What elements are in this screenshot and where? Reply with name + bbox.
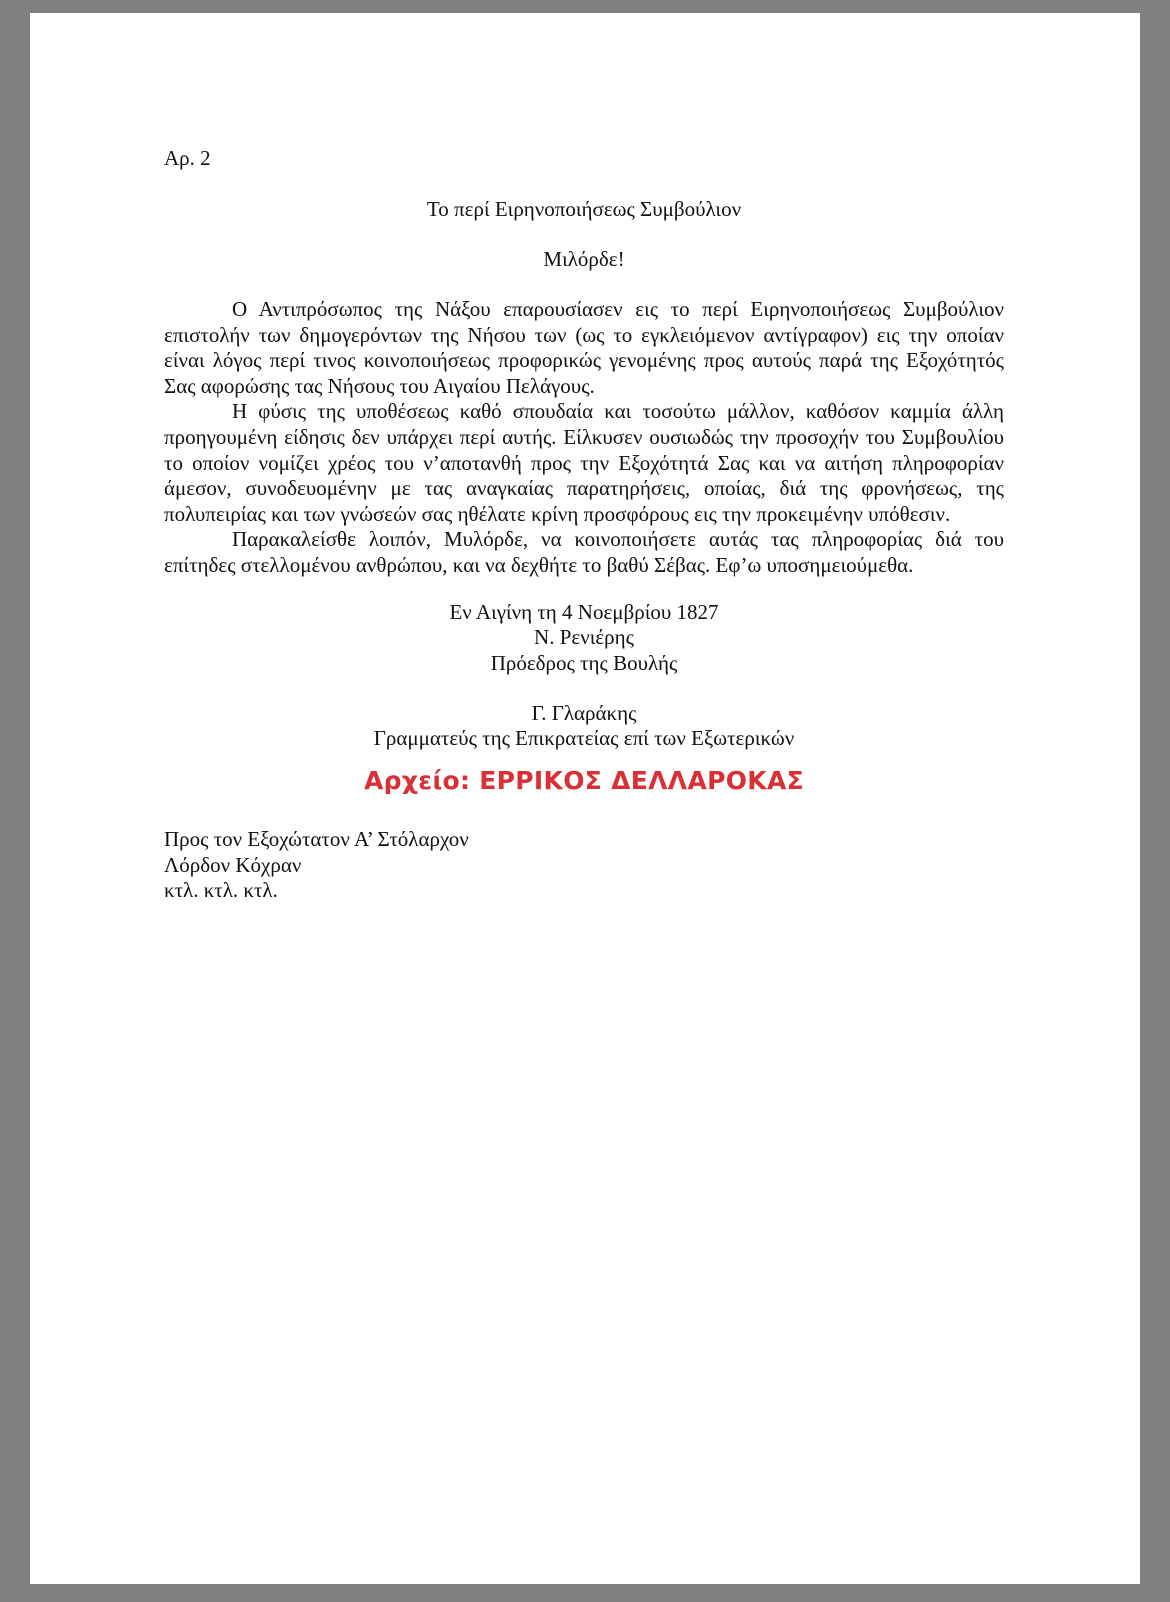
signatory-2-title: Γραμματεύς της Επικρατείας επί των Εξωτε… bbox=[164, 726, 1004, 752]
recipient-address: Προς τον Εξοχώτατον Α’ Στόλαρχον Λόρδον … bbox=[164, 827, 469, 904]
document-page: Αρ. 2 Το περί Ειρηνοποιήσεως Συμβούλιον … bbox=[30, 13, 1140, 1584]
recipient-line: Προς τον Εξοχώτατον Α’ Στόλαρχον bbox=[164, 827, 469, 853]
signatory-title: Γραμματεύς της Επικρατείας επί των Εξωτε… bbox=[164, 726, 1004, 752]
body-paragraph: Ο Αντιπρόσωπος της Νάξου επαρουσίασεν ει… bbox=[164, 297, 1004, 399]
body-paragraph: Η φύσις της υποθέσεως καθό σπουδαία και … bbox=[164, 399, 1004, 527]
recipient-line: κτλ. κτλ. κτλ. bbox=[164, 878, 469, 904]
place-date-line: Εν Αιγίνη τη 4 Νοεμβρίου 1827 bbox=[164, 600, 1004, 626]
recipient-line: Λόρδον Κόχραν bbox=[164, 853, 469, 879]
signatory-title: Πρόεδρος της Βουλής bbox=[164, 651, 1004, 677]
signatory-name: Ν. Ρενιέρης bbox=[164, 625, 1004, 651]
body-paragraph: Παρακαλείσθε λοιπόν, Μυλόρδε, να κοινοπο… bbox=[164, 527, 1004, 578]
place-date: Εν Αιγίνη τη 4 Νοεμβρίου 1827 bbox=[164, 600, 1004, 626]
document-reference-number: Αρ. 2 bbox=[164, 146, 211, 172]
document-title: Το περί Ειρηνοποιήσεως Συμβούλιον bbox=[164, 197, 1004, 223]
signatory-name: Γ. Γλαράκης bbox=[164, 701, 1004, 727]
signatory-1: Ν. Ρενιέρης bbox=[164, 625, 1004, 651]
letter-body: Ο Αντιπρόσωπος της Νάξου επαρουσίασεν ει… bbox=[164, 297, 1004, 579]
salutation: Μιλόρδε! bbox=[164, 247, 1004, 273]
signatory-1-title: Πρόεδρος της Βουλής bbox=[164, 651, 1004, 677]
signatory-2: Γ. Γλαράκης bbox=[164, 701, 1004, 727]
archive-watermark-label: Αρχείο: ΕΡΡΙΚΟΣ ΔΕΛΛΑΡΟΚΑΣ bbox=[164, 768, 1004, 794]
